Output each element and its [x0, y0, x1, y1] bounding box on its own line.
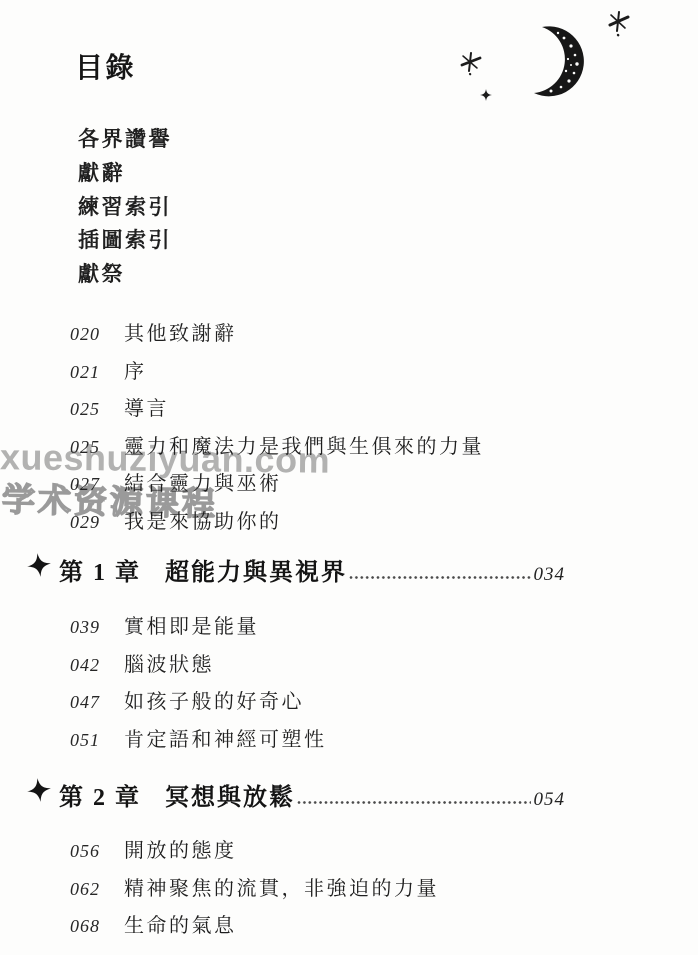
- front-matter-item: 獻辭: [78, 157, 172, 191]
- page-number: 056: [70, 833, 108, 871]
- front-matter-list: 各界讚譽 獻辭 練習索引 插圖索引 獻祭: [78, 123, 172, 292]
- entry-title: 導言: [124, 391, 169, 429]
- toc-row: 056 開放的態度: [70, 833, 439, 871]
- chapter-label: 第 1 章: [59, 552, 141, 587]
- entry-title: 結合靈力與巫術: [124, 466, 282, 504]
- entry-title: 我是來協助你的: [124, 504, 282, 542]
- toc-row: 021 序: [70, 354, 484, 392]
- star-icon: [607, 11, 631, 42]
- front-matter-item: 獻祭: [78, 258, 172, 292]
- page-number: 062: [70, 871, 108, 909]
- toc-row: 042 腦波狀態: [70, 647, 327, 685]
- page-number: 039: [70, 609, 108, 647]
- entry-title: 靈力和魔法力是我們與生俱來的力量: [124, 429, 484, 467]
- chapter-label: 第 2 章: [59, 777, 141, 812]
- page-number: 025: [70, 391, 108, 429]
- toc-row: 029 我是來協助你的: [70, 504, 484, 542]
- toc-row: 025 靈力和魔法力是我們與生俱來的力量: [70, 429, 484, 467]
- star-icon: [460, 52, 482, 81]
- chapter-page-number: 034: [534, 564, 566, 586]
- entry-title: 腦波狀態: [124, 647, 214, 685]
- entry-title: 精神聚焦的流貫，非強迫的力量: [124, 871, 439, 909]
- chapter-title: 超能力與異視界: [165, 552, 347, 587]
- page-number: 051: [70, 722, 108, 760]
- page-number: 027: [70, 466, 108, 504]
- page-number: 047: [70, 684, 108, 722]
- toc-row: 047 如孩子般的好奇心: [70, 684, 327, 722]
- page-number: 042: [70, 647, 108, 685]
- dot-leader: [349, 575, 531, 580]
- entry-title: 開放的態度: [124, 833, 237, 871]
- toc-row: 027 結合靈力與巫術: [70, 466, 484, 504]
- page-number: 068: [70, 908, 108, 946]
- chapter-1-entries: 039 實相即是能量 042 腦波狀態 047 如孩子般的好奇心 051 肯定語…: [70, 609, 327, 759]
- toc-row: 020 其他致謝辭: [70, 316, 484, 354]
- page-number: 020: [70, 316, 108, 354]
- crescent-moon-icon: [524, 24, 586, 103]
- toc-row: 062 精神聚焦的流貫，非強迫的力量: [70, 871, 439, 909]
- page-title: 目錄: [75, 46, 136, 86]
- toc-row: 068 生命的氣息: [70, 908, 439, 946]
- sparkle-icon: [480, 88, 492, 106]
- four-point-star-icon: [27, 778, 51, 807]
- page-number: 029: [70, 504, 108, 542]
- chapter-title: 冥想與放鬆: [165, 777, 295, 812]
- chapter-page-number: 054: [534, 789, 566, 811]
- entry-title: 序: [124, 354, 147, 392]
- chapter-heading: 第 1 章 超能力與異視界 034: [27, 551, 565, 587]
- front-matter-item: 各界讚譽: [78, 123, 172, 157]
- four-point-star-icon: [27, 553, 51, 582]
- page-number: 021: [70, 354, 108, 392]
- chapter-2-entries: 056 開放的態度 062 精神聚焦的流貫，非強迫的力量 068 生命的氣息: [70, 833, 439, 946]
- entry-title: 肯定語和神經可塑性: [124, 722, 327, 760]
- chapter-heading: 第 2 章 冥想與放鬆 054: [27, 776, 565, 812]
- page-number: 025: [70, 429, 108, 467]
- toc-row: 039 實相即是能量: [70, 609, 327, 647]
- preface-list: 020 其他致謝辭 021 序 025 導言 025 靈力和魔法力是我們與生俱來…: [70, 316, 484, 542]
- toc-page: xueshuziyuan.com 学术资源课程 目錄: [0, 0, 698, 955]
- entry-title: 實相即是能量: [124, 609, 259, 647]
- toc-row: 025 導言: [70, 391, 484, 429]
- dot-leader: [297, 800, 531, 805]
- toc-row: 051 肯定語和神經可塑性: [70, 722, 327, 760]
- entry-title: 如孩子般的好奇心: [124, 684, 304, 722]
- front-matter-item: 練習索引: [78, 191, 172, 225]
- front-matter-item: 插圖索引: [78, 224, 172, 258]
- entry-title: 生命的氣息: [124, 908, 237, 946]
- entry-title: 其他致謝辭: [124, 316, 237, 354]
